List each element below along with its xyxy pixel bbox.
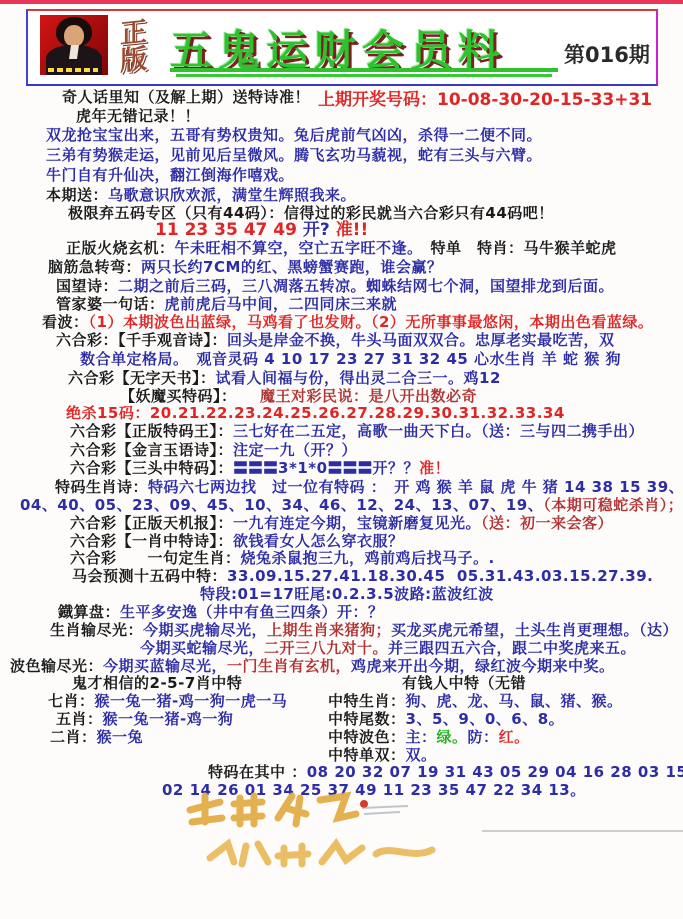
santou-blocks-right: 〓〓〓 <box>328 459 373 477</box>
section-label: 脑筋急转弯： <box>48 258 141 276</box>
left-column-title: 鬼才相信的2-5-7肖中特 <box>72 674 242 692</box>
line-shengxiaoshi: 特码生肖诗：特码六七两边找 过一位有特码 ： 开 鸡 猴 羊 鼠 虎 牛 猪 1… <box>55 478 683 496</box>
portrait-face <box>64 25 84 47</box>
photo-caption-marks <box>48 68 98 72</box>
section-label: 看波： <box>42 313 89 331</box>
section-text: 魔王对彩民说：是八开出数必奇 <box>260 387 477 405</box>
poem-line-2: 三弟有势猴走运，见前见后呈微风。腾飞玄功马藐视，蛇有三头与六臂。 <box>46 146 542 164</box>
section-text: 二期之前后三码，三八凋落五转凉。蜘蛛结网七个洞，国望排龙到后面。 <box>118 277 614 295</box>
row-qixiao: 七肖：猴一兔一猪-鸡一狗一虎一马 <box>48 692 287 710</box>
intro-line-2: 虎年无错记录！！ <box>76 107 200 125</box>
row-value: 猴一兔一猪-鸡一狗 <box>103 710 234 728</box>
section-text: （1）本期波色出蓝绿，马鸡看了也发财。（2）无所事事最悠闲，本期出色看蓝绿。 <box>89 313 654 331</box>
gold-watermark-graphic <box>150 788 530 888</box>
section-text: 并三跟四五六合，跟二中奖虎来五。 <box>388 639 636 657</box>
row-label: 五肖： <box>56 710 103 728</box>
section-label: 管家婆一句话： <box>56 295 165 313</box>
right-column-title: 有钱人中特（无错 <box>402 674 526 692</box>
section-text: 三七好在二五定，高歌一曲天下白。（送：三与四二携手出） <box>233 422 644 440</box>
section-note: （送：初一来会客） <box>481 514 613 532</box>
footer-numbers: 08 20 32 07 19 31 43 05 29 04 16 28 03 1… <box>307 763 683 781</box>
section-text-red: 二开三八九对十。 <box>264 639 388 657</box>
line-guowang: 国望诗：二期之前后三码，三八凋落五转凉。蜘蛛结网七个洞，国望排龙到后面。 <box>56 277 614 295</box>
intro-text-2: 虎年无错记录！！ <box>76 107 200 125</box>
last-draw-numbers: 上期开奖号码：10-08-30-20-15-33+31 <box>318 91 652 109</box>
row-value: 狗、虎、龙、马、鼠、猪、猴。 <box>406 692 623 710</box>
row-value: 猴一兔 <box>97 728 144 746</box>
section-text: 特段:01=17旺尾:0.2.3.5波路:蓝波红波 <box>200 585 494 603</box>
line-inwhich-1: 特码在其中 ：08 20 32 07 19 31 43 05 29 04 16 … <box>208 763 683 781</box>
title-underline-2 <box>176 74 552 77</box>
section-text: 今期买蛇输尽光， <box>140 639 264 657</box>
section-text: 注定一九（开？） <box>233 441 357 459</box>
santou-open: 开？？ <box>373 459 420 477</box>
line-teduan: 特段:01=17旺尾:0.2.3.5波路:蓝波红波 <box>200 585 494 603</box>
footer-gray-line <box>482 830 683 832</box>
column-title-text: 有钱人中特（无错 <box>402 674 526 692</box>
santou-mid: 3*1*0 <box>278 459 328 477</box>
bose-guard-value: 红。 <box>499 728 530 746</box>
poem-text: 牛门自有升仙决，翻江倒海作嘻戏。 <box>46 166 294 184</box>
santou-verdict: 准！ <box>419 459 450 477</box>
line-yixiao: 六合彩【一肖中特诗】：欲钱看女人怎么穿衣服？ <box>70 532 404 550</box>
poem-line-1: 双龙抢宝宝出来，五哥有势权贵知。兔后虎前气凶凶，杀得一二便不同。 <box>46 126 542 144</box>
section-label: 正版火烧玄机： <box>66 239 175 257</box>
section-label: 波色输尽光： <box>10 657 103 675</box>
section-label: 马会预测十五码中特： <box>72 567 227 585</box>
poem-line-3: 牛门自有升仙决，翻江倒海作嘻戏。 <box>46 166 294 184</box>
section-extra: 特单 特肖：马牛猴羊蛇虎 <box>431 239 617 257</box>
section-label: 绝杀15码： <box>66 404 150 422</box>
section-label: 国望诗： <box>56 277 118 295</box>
row-value: 3、5、9、0、6、8。 <box>406 710 565 728</box>
line-qianshou-2: 数合单定格局。 观音灵码 4 10 17 23 27 31 32 45 心水生肖… <box>80 350 621 368</box>
line-tekema: 六合彩【正版特码王】：三七好在二五定，高歌一曲天下白。（送：三与四二携手出） <box>70 422 644 440</box>
limit-verdict: 准!! <box>336 220 369 240</box>
row-label: 七肖： <box>48 692 95 710</box>
section-text: 今期买蓝输尽光， <box>103 657 227 675</box>
intro-line-1: 奇人话里知（及解上期）送特诗准！ <box>62 88 310 106</box>
line-kanbo: 看波：（1）本期波色出蓝绿，马鸡看了也发财。（2）无所事事最悠闲，本期出色看蓝绿… <box>42 313 653 331</box>
section-text: 午未旺相不算空，空亡五字旺不逢。 <box>175 239 416 257</box>
line-mahui: 马会预测十五码中特：33.09.15.27.41.18.30.45 05.31.… <box>72 567 653 585</box>
limit-zone-codes: 11 23 35 47 49 开? 准!! <box>155 221 368 239</box>
section-label: 六合彩【三头中特码】： <box>70 459 233 477</box>
section-label: 特码生肖诗： <box>55 478 148 496</box>
bose-main-label: 主： <box>406 728 437 746</box>
row-zhongte-weishu: 中特尾数：3、5、9、0、6、8。 <box>328 710 564 728</box>
line-jinyan: 六合彩【金言玉语诗】：注定一九（开？） <box>70 441 357 459</box>
poem-text: 乌歌意识欣欢派，满堂生辉照我来。 <box>108 186 356 204</box>
line-yaomo: 【妖魔买特码】： 魔王对彩民说：是八开出数必奇 <box>120 387 477 405</box>
section-text: 烧兔杀鼠抱三九，鸡前鸡后找马子。. <box>241 549 495 567</box>
issue-number: 第016期 <box>564 39 650 69</box>
section-label: 六合彩 一句定生肖： <box>70 549 241 567</box>
bose-main-value: 绿。 <box>437 728 468 746</box>
section-text: 欲钱看女人怎么穿衣服？ <box>233 532 404 550</box>
tip-sheet-page: 正版 五鬼运财会员料 第016期 奇人话里知（及解上期）送特诗准！ 上期开奖号码… <box>0 0 683 919</box>
section-text: 一九有连定今期，宝镜新磨复见光。 <box>233 514 481 532</box>
line-tiesuan: 鐡算盘：生平多安逸（井中有鱼三四条）开：？ <box>58 603 384 621</box>
poem-label: 本期送： <box>46 186 108 204</box>
section-text: 鸡虎来开出今期，绿红波今期来中奖。 <box>351 657 615 675</box>
portrait-photo <box>40 15 108 75</box>
poem-text: 三弟有势猴走运，见前见后呈微风。腾飞玄功马藐视，蛇有三头与六臂。 <box>46 146 542 164</box>
section-text: 买龙买虎元希望，土头生肖更理想。（达） <box>391 621 678 639</box>
section-label: 六合彩【无字天书】： <box>68 369 216 387</box>
line-wuzi: 六合彩【无字天书】：试看人间福与份，得出灵二合三一。鸡12 <box>68 369 501 387</box>
section-text-red: 上期生肖来猪狗； <box>267 621 391 639</box>
title-underline <box>170 68 558 72</box>
section-text: 生平多安逸（井中有鱼三四条）开：？ <box>120 603 384 621</box>
row-erxiao: 二肖：猴一兔 <box>50 728 143 746</box>
section-label: 六合彩：【千手观音诗】： <box>56 331 227 349</box>
row-value: 猴一兔一猪-鸡一狗一虎一马 <box>95 692 288 710</box>
limit-codes: 11 23 35 47 49 <box>155 220 297 240</box>
line-juesha: 绝杀15码：20.21.22.23.24.25.26.27.28.29.30.3… <box>66 404 565 422</box>
line-huoshao: 正版火烧玄机：午未旺相不算空，空亡五字旺不逢。 特单 特肖：马牛猴羊蛇虎 <box>66 239 617 257</box>
line-shujin-2: 今期买蛇输尽光，二开三八九对十。并三跟四五六合，跟二中奖虎来五。 <box>140 639 636 657</box>
section-label: 【妖魔买特码】： <box>120 387 229 405</box>
poem-line-4: 本期送：乌歌意识欣欢派，满堂生辉照我来。 <box>46 186 356 204</box>
row-value: 双。 <box>406 746 437 764</box>
row-zhongte-bose: 中特波色：主：绿。防：红。 <box>328 728 530 746</box>
line-qianshou: 六合彩：【千手观音诗】：回头是岸金不换，牛头马面双双合。忠厚老实最吃苦，双 <box>56 331 615 349</box>
section-label: 六合彩【金言玉语诗】： <box>70 441 233 459</box>
row-zhongte-danshuang: 中特单双：双。 <box>328 746 437 764</box>
section-label: 六合彩【正版天机报】： <box>70 514 233 532</box>
section-label: 六合彩【正版特码王】： <box>70 422 233 440</box>
section-text: 04、40、05、23、09、45、10、34、46、12、24、13、07、1… <box>20 496 543 514</box>
column-title-text: 鬼才相信的2-5-7肖中特 <box>72 674 242 692</box>
section-label: 六合彩【一肖中特诗】： <box>70 532 233 550</box>
footer-label: 特码在其中 ： <box>208 763 307 781</box>
limit-open: 开? <box>303 220 330 240</box>
line-bose-shujin: 波色输尽光：今期买蓝输尽光，一门生肖有玄机，鸡虎来开出今期，绿红波今期来中奖。 <box>10 657 615 675</box>
row-label: 中特生肖： <box>328 692 406 710</box>
section-text: 试看人间福与份，得出灵二合三一。鸡12 <box>216 369 501 387</box>
row-label: 中特尾数： <box>328 710 406 728</box>
edition-stamp: 正版 <box>120 17 164 76</box>
line-santou: 六合彩【三头中特码】：〓〓〓3*1*0〓〓〓开？？准！ <box>70 459 450 477</box>
top-border-line <box>0 0 683 4</box>
bose-guard-label: 防： <box>468 728 499 746</box>
line-yiju: 六合彩 一句定生肖：烧兔杀鼠抱三九，鸡前鸡后找马子。. <box>70 549 495 567</box>
section-text-red: 一门生肖有玄机， <box>227 657 351 675</box>
row-label: 二肖： <box>50 728 97 746</box>
intro-text: 奇人话里知（及解上期）送特诗准！ <box>62 88 310 106</box>
row-wuxiao: 五肖：猴一兔一猪-鸡一狗 <box>56 710 233 728</box>
santou-blocks-left: 〓〓〓 <box>233 459 278 477</box>
row-label: 中特波色： <box>328 728 406 746</box>
section-note: （本期可稳蛇杀肖）； <box>543 496 683 514</box>
header: 正版 五鬼运财会员料 第016期 <box>26 9 658 86</box>
line-shengxiaoshi-2: 04、40、05、23、09、45、10、34、46、12、24、13、07、1… <box>20 496 683 514</box>
line-shujin: 生肖输尽光：今期买虎输尽光，上期生肖来猪狗；买龙买虎元希望，土头生肖更理想。（达… <box>50 621 678 639</box>
section-text: 20.21.22.23.24.25.26.27.28.29.30.31.32.3… <box>150 404 565 422</box>
section-label: 生肖输尽光： <box>50 621 143 639</box>
section-text: 今期买虎输尽光， <box>143 621 267 639</box>
section-label: 鐡算盘： <box>58 603 120 621</box>
line-tianji: 六合彩【正版天机报】：一九有连定今期，宝镜新磨复见光。（送：初一来会客） <box>70 514 613 532</box>
section-text: 回头是岸金不换，牛头马面双双合。忠厚老实最吃苦，双 <box>227 331 615 349</box>
section-text: 33.09.15.27.41.18.30.45 05.31.43.03.15.2… <box>227 567 653 585</box>
section-text: 特码六七两边找 过一位有特码 ： 开 鸡 猴 羊 鼠 虎 牛 猪 14 38 1… <box>148 478 683 496</box>
section-text: 数合单定格局。 观音灵码 4 10 17 23 27 31 32 45 心水生肖… <box>80 350 621 368</box>
section-text: 虎前虎后马中间，二四同床三来就 <box>165 295 398 313</box>
line-guanjiapo: 管家婆一句话：虎前虎后马中间，二四同床三来就 <box>56 295 397 313</box>
row-label: 中特单双： <box>328 746 406 764</box>
row-zhongte-shengxiao: 中特生肖：狗、虎、龙、马、鼠、猪、猴。 <box>328 692 623 710</box>
section-text: 两只长约7CM的红、黑螃蟹赛跑，谁会赢？ <box>141 258 442 276</box>
last-draw-text: 上期开奖号码：10-08-30-20-15-33+31 <box>318 90 652 110</box>
poem-text: 双龙抢宝宝出来，五哥有势权贵知。兔后虎前气凶凶，杀得一二便不同。 <box>46 126 542 144</box>
line-naojin: 脑筋急转弯：两只长约7CM的红、黑螃蟹赛跑，谁会赢？ <box>48 258 442 276</box>
